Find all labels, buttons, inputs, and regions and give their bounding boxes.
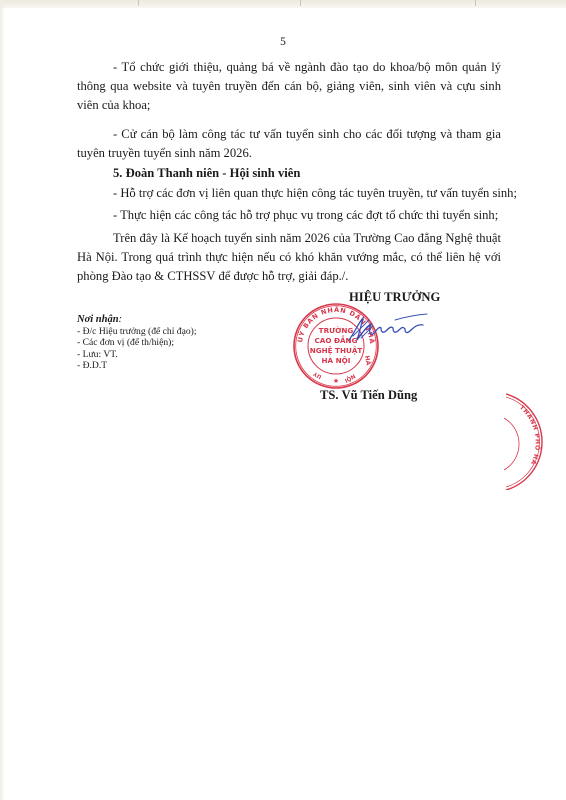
svg-text:UY: UY xyxy=(312,370,323,380)
recipient-item: - Lưu: VT. xyxy=(77,349,197,361)
svg-text:HÀ: HÀ xyxy=(363,355,372,366)
partial-stamp-icon: THÀNH PHỐ HÀ xyxy=(500,390,566,490)
section-heading-youth-union: 5. Đoàn Thanh niên - Hội sinh viên xyxy=(113,164,300,183)
stamp-line: NGHỆ THUẬT xyxy=(310,346,363,355)
page-number: 5 xyxy=(0,36,566,48)
recipient-item: - Đ.D.T xyxy=(77,360,197,372)
svg-text:★: ★ xyxy=(333,377,339,385)
section-item: - Hỗ trợ các đơn vị liên quan thực hiện … xyxy=(77,184,501,203)
recipients-block: Nơi nhận: - Đ/c Hiệu trưởng (để chỉ đạo)… xyxy=(77,314,197,372)
closing-paragraph: Trên đây là Kế hoạch tuyển sinh năm 2026… xyxy=(77,229,501,286)
signatory-name: TS. Vũ Tiến Dũng xyxy=(320,388,417,403)
signature-icon xyxy=(345,310,445,346)
paragraph-promotion: - Tổ chức giới thiệu, quảng bá về ngành … xyxy=(77,58,501,115)
recipient-item: - Đ/c Hiệu trưởng (để chỉ đạo); xyxy=(77,326,197,338)
paragraph-counseling: - Cử cán bộ làm công tác tư vấn tuyển si… xyxy=(77,125,501,163)
scan-top-edge xyxy=(0,0,566,8)
stamp-line: HÀ NỘI xyxy=(322,356,351,365)
recipient-item: - Các đơn vị (để th/hiện); xyxy=(77,337,197,349)
section-item: - Thực hiện các công tác hỗ trợ phục vụ … xyxy=(77,206,501,225)
scan-left-edge xyxy=(0,0,5,800)
recipients-title: Nơi nhận: xyxy=(77,314,197,326)
